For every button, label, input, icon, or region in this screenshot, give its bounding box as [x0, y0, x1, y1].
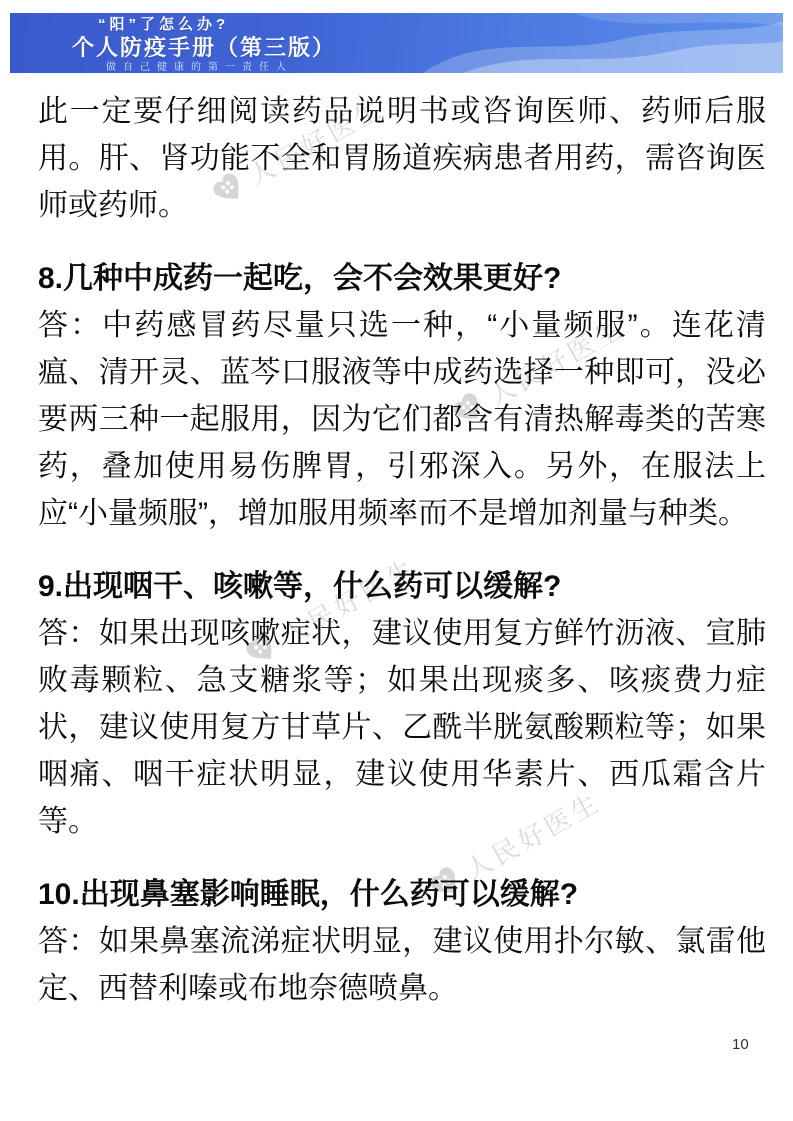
qa-section-8: 8.几种中成药一起吃，会不会效果更好? 答：中药感冒药尽量只选一种，“小量频服”… [38, 255, 766, 537]
document-body: 此一定要仔细阅读药品说明书或咨询医师、药师后服用。肝、肾功能不全和胃肠道疾病患者… [38, 88, 766, 1012]
wave-decoration [423, 13, 783, 73]
answer-paragraph: 答：中药感冒药尽量只选一种，“小量频服”。连花清瘟、清开灵、蓝芩口服液等中成药选… [38, 302, 766, 537]
question-heading: 10.出现鼻塞影响睡眠，什么药可以缓解? [38, 871, 766, 918]
header-titles: “阳”了怎么办? 个人防疫手册（第三版） 做自己健康的第一责任人 [72, 15, 336, 73]
header-title-small: “阳”了怎么办? [72, 15, 336, 34]
qa-section-9: 9.出现咽干、咳嗽等，什么药可以缓解? 答：如果出现咳嗽症状，建议使用复方鲜竹沥… [38, 563, 766, 845]
intro-paragraph: 此一定要仔细阅读药品说明书或咨询医师、药师后服用。肝、肾功能不全和胃肠道疾病患者… [38, 88, 766, 229]
question-heading: 8.几种中成药一起吃，会不会效果更好? [38, 255, 766, 302]
qa-section-10: 10.出现鼻塞影响睡眠，什么药可以缓解? 答：如果鼻塞流涕症状明显，建议使用扑尔… [38, 871, 766, 1012]
page-number: 10 [732, 1036, 749, 1053]
header-banner: “阳”了怎么办? 个人防疫手册（第三版） 做自己健康的第一责任人 [10, 13, 783, 73]
answer-paragraph: 答：如果鼻塞流涕症状明显，建议使用扑尔敏、氯雷他定、西替利嗪或布地奈德喷鼻。 [38, 918, 766, 1012]
header-subtitle: 做自己健康的第一责任人 [72, 61, 336, 73]
answer-paragraph: 答：如果出现咳嗽症状，建议使用复方鲜竹沥液、宣肺败毒颗粒、急支糖浆等；如果出现痰… [38, 610, 766, 845]
question-heading: 9.出现咽干、咳嗽等，什么药可以缓解? [38, 563, 766, 610]
handbook-page: “阳”了怎么办? 个人防疫手册（第三版） 做自己健康的第一责任人 人民好医生 人… [0, 0, 793, 1121]
header-title-main: 个人防疫手册（第三版） [72, 34, 336, 61]
